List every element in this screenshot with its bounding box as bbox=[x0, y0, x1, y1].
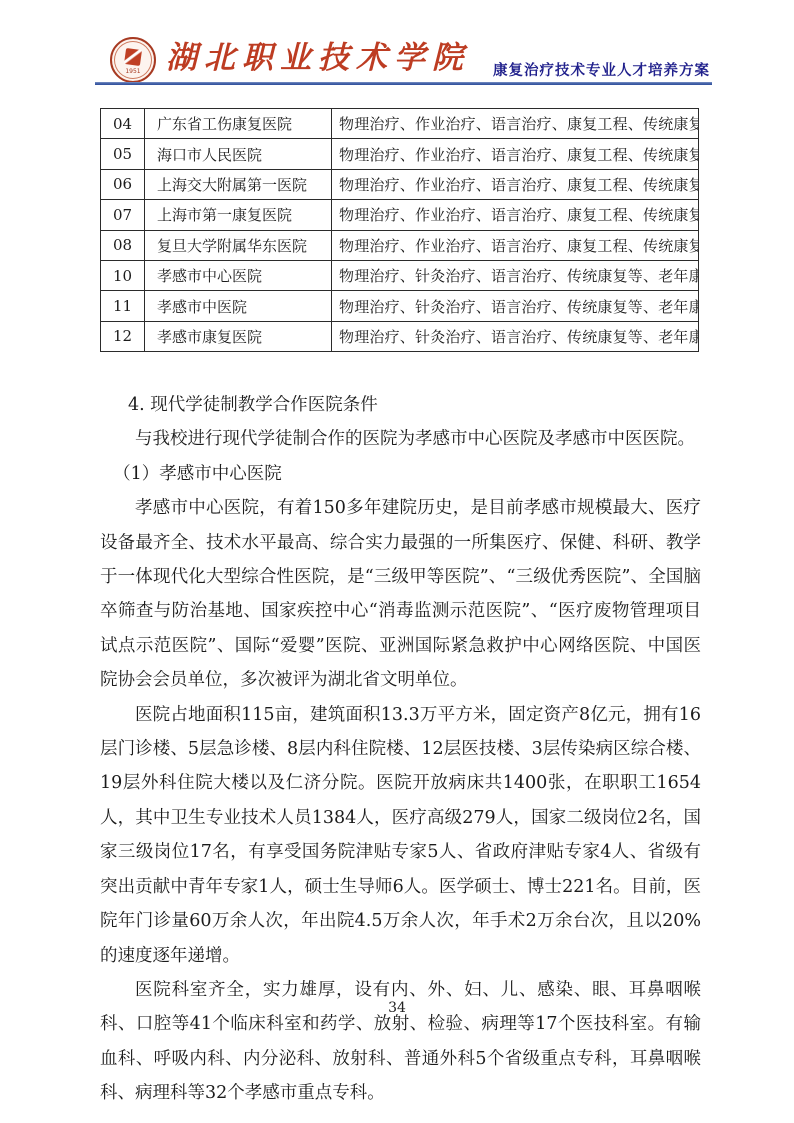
cell-hospital: 孝感市中心医院 bbox=[145, 260, 332, 290]
hospital-table-body: 04广东省工伤康复医院物理治疗、作业治疗、语言治疗、康复工程、传统康复等05海口… bbox=[101, 109, 699, 352]
cell-no: 12 bbox=[101, 321, 145, 351]
cell-fields: 物理治疗、作业治疗、语言治疗、康复工程、传统康复等 bbox=[332, 169, 699, 199]
cell-no: 05 bbox=[101, 139, 145, 169]
cell-no: 10 bbox=[101, 260, 145, 290]
cell-hospital: 孝感市康复医院 bbox=[145, 321, 332, 351]
header-rule bbox=[95, 82, 712, 85]
cell-no: 11 bbox=[101, 291, 145, 321]
paragraph-2: 医院占地面积115亩，建筑面积13.3万平方米，固定资产8亿元，拥有16层门诊楼… bbox=[100, 698, 701, 973]
cell-hospital: 复旦大学附属华东医院 bbox=[145, 230, 332, 260]
table-row: 06上海交大附属第一医院物理治疗、作业治疗、语言治疗、康复工程、传统康复等 bbox=[101, 169, 699, 199]
document-page: 1951 湖北职业技术学院 康复治疗技术专业人才培养方案 04广东省工伤康复医院… bbox=[0, 0, 794, 1123]
cell-fields: 物理治疗、作业治疗、语言治疗、康复工程、传统康复等 bbox=[332, 109, 699, 139]
logo-year: 1951 bbox=[112, 69, 154, 75]
hospital-table: 04广东省工伤康复医院物理治疗、作业治疗、语言治疗、康复工程、传统康复等05海口… bbox=[100, 108, 699, 352]
intro-line: 与我校进行现代学徒制合作的医院为孝感市中心医院及孝感市中医医院。 bbox=[100, 422, 701, 456]
cell-no: 06 bbox=[101, 169, 145, 199]
cell-no: 04 bbox=[101, 109, 145, 139]
cell-fields: 物理治疗、作业治疗、语言治疗、康复工程、传统康复等 bbox=[332, 200, 699, 230]
doc-title: 康复治疗技术专业人才培养方案 bbox=[493, 59, 710, 80]
table-row: 08复旦大学附属华东医院物理治疗、作业治疗、语言治疗、康复工程、传统康复等 bbox=[101, 230, 699, 260]
school-name: 湖北职业技术学院 bbox=[166, 36, 470, 80]
cell-fields: 物理治疗、作业治疗、语言治疗、康复工程、传统康复等 bbox=[332, 139, 699, 169]
cell-fields: 物理治疗、针灸治疗、语言治疗、传统康复等、老年康复 bbox=[332, 321, 699, 351]
cell-hospital: 上海交大附属第一医院 bbox=[145, 169, 332, 199]
school-logo: 1951 bbox=[110, 37, 156, 83]
table-row: 04广东省工伤康复医院物理治疗、作业治疗、语言治疗、康复工程、传统康复等 bbox=[101, 109, 699, 139]
paragraph-3: 医院科室齐全，实力雄厚，设有内、外、妇、儿、感染、眼、耳鼻咽喉科、口腔等41个临… bbox=[100, 973, 701, 1111]
table-row: 10孝感市中心医院物理治疗、针灸治疗、语言治疗、传统康复等、老年康复 bbox=[101, 260, 699, 290]
cell-hospital: 海口市人民医院 bbox=[145, 139, 332, 169]
table-row: 05海口市人民医院物理治疗、作业治疗、语言治疗、康复工程、传统康复等 bbox=[101, 139, 699, 169]
logo-emblem-icon bbox=[124, 48, 142, 66]
cell-fields: 物理治疗、针灸治疗、语言治疗、传统康复等、老年康复 bbox=[332, 260, 699, 290]
cell-hospital: 广东省工伤康复医院 bbox=[145, 109, 332, 139]
table-row: 07上海市第一康复医院物理治疗、作业治疗、语言治疗、康复工程、传统康复等 bbox=[101, 200, 699, 230]
table-row: 12孝感市康复医院物理治疗、针灸治疗、语言治疗、传统康复等、老年康复 bbox=[101, 321, 699, 351]
section-heading: 4. 现代学徒制教学合作医院条件 bbox=[100, 388, 701, 422]
sub-heading: （1）孝感市中心医院 bbox=[100, 457, 701, 491]
table-row: 11孝感市中医院物理治疗、针灸治疗、语言治疗、传统康复等、老年康复 bbox=[101, 291, 699, 321]
cell-hospital: 上海市第一康复医院 bbox=[145, 200, 332, 230]
paragraph-1: 孝感市中心医院，有着150多年建院历史，是目前孝感市规模最大、医疗设备最齐全、技… bbox=[100, 491, 701, 697]
cell-fields: 物理治疗、针灸治疗、语言治疗、传统康复等、老年康复 bbox=[332, 291, 699, 321]
page-number: 34 bbox=[388, 1000, 406, 1016]
cell-no: 07 bbox=[101, 200, 145, 230]
cell-hospital: 孝感市中医院 bbox=[145, 291, 332, 321]
cell-fields: 物理治疗、作业治疗、语言治疗、康复工程、传统康复等 bbox=[332, 230, 699, 260]
cell-no: 08 bbox=[101, 230, 145, 260]
page-footer: 34 bbox=[0, 1000, 794, 1016]
